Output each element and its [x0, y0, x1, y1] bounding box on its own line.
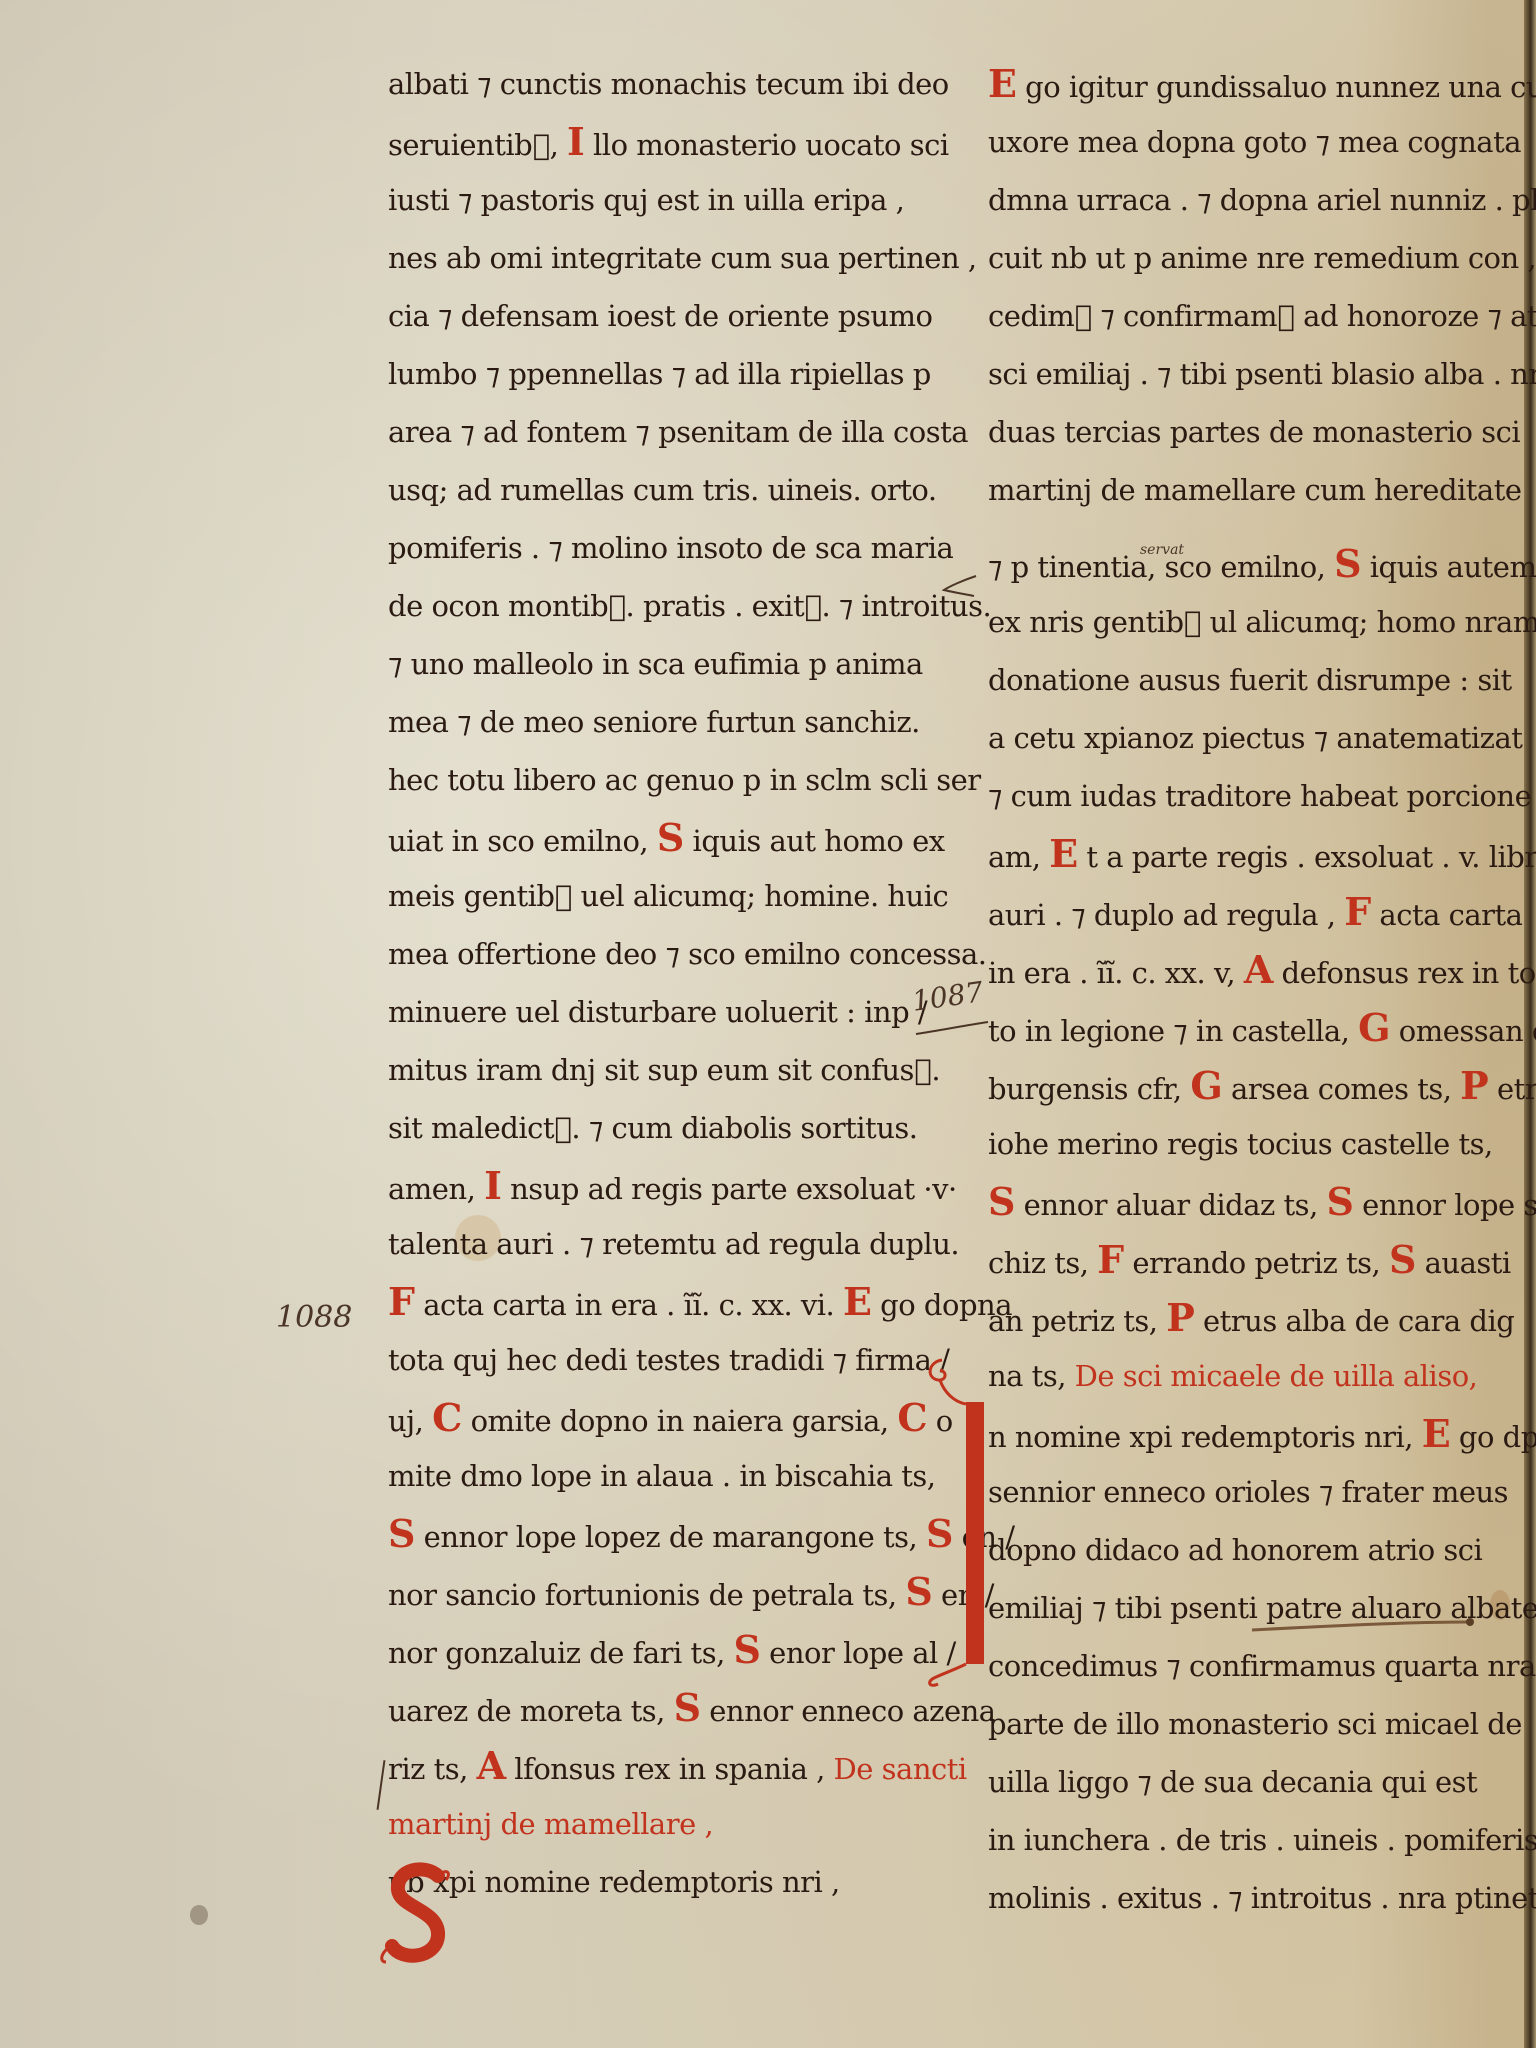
text-segment: seruientib᷒, [388, 128, 567, 162]
text-line: cuit nb ut p anime nre remedium con , [988, 238, 1536, 278]
underline-stroke [1248, 1618, 1478, 1634]
text-segment: dmna urraca . ⁊ dopna ariel nunniz . pla… [988, 183, 1536, 217]
text-segment: chiz ts, [988, 1246, 1097, 1280]
text-segment: uiat in sco emilno, [388, 824, 657, 858]
text-segment: ⁊ cum iudas traditore habeat porcione [988, 779, 1531, 813]
text-segment: iohe merino regis tocius castelle ts, [988, 1127, 1493, 1161]
text-segment: burgensis cfr, [988, 1072, 1190, 1106]
text-line: talenta auri . ⁊ retemtu ad regula duplu… [388, 1224, 959, 1264]
text-segment: pomiferis . ⁊ molino insoto de sca maria [388, 531, 953, 565]
rubric-heading: De sancti [834, 1752, 967, 1786]
text-segment: cuit nb ut p anime nre remedium con , [988, 241, 1536, 275]
text-segment: albati ⁊ cunctis monachis tecum ibi deo [388, 67, 949, 101]
text-line: ex nris gentib᷒ ul alicumq; homo nram [988, 602, 1536, 642]
text-segment: acta carta [1371, 898, 1523, 932]
text-line: dmna urraca . ⁊ dopna ariel nunniz . pla… [988, 180, 1536, 220]
text-line: mea offertione deo ⁊ sco emilno concessa… [388, 934, 987, 974]
text-line: S ennor aluar didaz ts, S ennor lope san [988, 1182, 1536, 1222]
text-segment: riz ts, [388, 1752, 477, 1786]
text-segment: talenta auri . ⁊ retemtu ad regula duplu… [388, 1227, 959, 1261]
text-line: chiz ts, F errando petriz ts, S auasti [988, 1240, 1511, 1280]
text-line: meis gentib᷒ uel alicumq; homine. huic [388, 876, 948, 916]
text-segment: etro [1488, 1072, 1536, 1106]
text-segment: nsup ad regis parte exsoluat ·v· [501, 1172, 956, 1206]
text-segment: uarez de moreta ts, [388, 1694, 674, 1728]
text-line: parte de illo monasterio sci micael de [988, 1704, 1522, 1744]
rubricated-initial: I [484, 1163, 501, 1208]
rubricated-initial: F [388, 1279, 414, 1324]
text-line: mitus iram dnj sit sup eum sit confus᷒. [388, 1050, 940, 1090]
text-segment: mite dmo lope in alaua . in biscahia ts, [388, 1459, 936, 1493]
text-segment: to in legione ⁊ in castella, [988, 1014, 1358, 1048]
text-segment: etrus alba de cara dig [1194, 1304, 1514, 1338]
text-segment: molinis . exitus . ⁊ introitus . nra pti… [988, 1881, 1536, 1915]
text-line: iohe merino regis tocius castelle ts, [988, 1124, 1493, 1164]
text-segment: cia ⁊ defensam ioest de oriente psumo [388, 299, 933, 333]
text-segment: ex nris gentib᷒ ul alicumq; homo nram [988, 605, 1536, 639]
text-segment: arsea comes ts, [1222, 1072, 1460, 1106]
margin-stroke [377, 1760, 386, 1810]
text-segment: ennor aluar didaz ts, [1015, 1188, 1327, 1222]
text-line: nes ab omi integritate cum sua pertinen … [388, 238, 977, 278]
text-line: auri . ⁊ duplo ad regula , F acta carta [988, 892, 1522, 932]
interlinear-gloss: servat [1140, 542, 1184, 558]
text-segment: iquis autem [1361, 550, 1536, 584]
text-segment: sci emiliaj . ⁊ tibi psenti blasio alba … [988, 357, 1536, 391]
rubric-heading: De sci micaele de uilla aliso, [1075, 1359, 1478, 1393]
text-segment: n nomine xpi redemptoris nri, [988, 1420, 1422, 1454]
rubricated-initial: S [1389, 1237, 1416, 1282]
rubricated-initial: P [1460, 1063, 1488, 1108]
manuscript-page: albati ⁊ cunctis monachis tecum ibi deos… [0, 0, 1536, 2048]
text-line: mea ⁊ de meo seniore furtun sanchiz. [388, 702, 920, 742]
text-segment: na ts, [988, 1359, 1075, 1393]
text-line: nor sancio fortunionis de petrala ts, S … [388, 1572, 994, 1612]
text-segment: a cetu xpianoz piectus ⁊ anatematizat [988, 721, 1522, 755]
text-line: uxore mea dopna goto ⁊ mea cognata [988, 122, 1521, 162]
text-line: sit maledict᷒. ⁊ cum diabolis sortitus. [388, 1108, 917, 1148]
rubricated-initial: E [988, 61, 1016, 106]
text-line: burgensis cfr, G arsea comes ts, P etro [988, 1066, 1536, 1106]
text-line: area ⁊ ad fontem ⁊ psenitam de illa cost… [388, 412, 968, 452]
text-line: n nomine xpi redemptoris nri, E go dpe [988, 1414, 1536, 1454]
text-segment: acta carta in era . ĩĩ. c. xx. vi. [414, 1288, 843, 1322]
text-segment: nor sancio fortunionis de petrala ts, [388, 1578, 905, 1612]
text-segment: auasti [1416, 1246, 1511, 1280]
text-line: F acta carta in era . ĩĩ. c. xx. vi. E g… [388, 1282, 1012, 1322]
text-line: uj, C omite dopno in naiera garsia, C o [388, 1398, 953, 1438]
text-segment: tota quj hec dedi testes tradidi ⁊ firma… [388, 1343, 949, 1377]
text-line: cedim᷒ ⁊ confirmam᷒ ad honoroze ⁊ ato [988, 296, 1536, 336]
text-segment: meis gentib᷒ uel alicumq; homine. huic [388, 879, 948, 913]
text-segment: uxore mea dopna goto ⁊ mea cognata [988, 125, 1521, 159]
text-segment: llo monasterio uocato sci [584, 128, 948, 162]
text-line: uarez de moreta ts, S ennor enneco azena [388, 1688, 996, 1728]
stain-spot [190, 1905, 208, 1925]
rubricated-initial: I [567, 119, 584, 164]
text-line: a cetu xpianoz piectus ⁊ anatematizat [988, 718, 1522, 758]
text-segment: ennor enneco azena [701, 1694, 996, 1728]
text-segment: minuere uel disturbare uoluerit : inp / [388, 995, 927, 1029]
rubric-heading: martinj de mamellare , [388, 1807, 713, 1841]
rubricated-initial: S [674, 1685, 701, 1730]
text-line: nor gonzaluiz de fari ts, S enor lope al… [388, 1630, 956, 1670]
text-line: concedimus ⁊ confirmamus quarta nra [988, 1646, 1536, 1686]
text-segment: mea ⁊ de meo seniore furtun sanchiz. [388, 705, 920, 739]
text-segment: concedimus ⁊ confirmamus quarta nra [988, 1649, 1536, 1683]
text-line: uiat in sco emilno, S iquis aut homo ex [388, 818, 945, 858]
text-segment: omessan epc [1390, 1014, 1536, 1048]
text-segment: lumbo ⁊ ppennellas ⁊ ad illa ripiellas p [388, 357, 931, 391]
text-segment: ennor lope san [1353, 1188, 1536, 1222]
text-segment: dopno didaco ad honorem atrio sci [988, 1533, 1482, 1567]
text-segment: auri . ⁊ duplo ad regula , [988, 898, 1344, 932]
text-line: in iunchera . de tris . uineis . pomifer… [988, 1820, 1536, 1860]
rubricated-initial: E [843, 1279, 871, 1324]
rubricated-initial: S [1327, 1179, 1354, 1224]
text-line: ⁊ p tinentia, sco emilno, S iquis autem [988, 544, 1536, 584]
text-line: de ocon montib᷒. pratis . exit᷒. ⁊ intro… [388, 586, 991, 626]
text-line: in era . ĩĩ. c. xx. v, A defonsus rex in… [988, 950, 1536, 990]
text-segment: amen, [388, 1172, 484, 1206]
text-line: ⁊ cum iudas traditore habeat porcione [988, 776, 1531, 816]
text-line: seruientib᷒, I llo monasterio uocato sci [388, 122, 949, 162]
text-line: na ts, De sci micaele de uilla aliso, [988, 1356, 1477, 1396]
text-line: pomiferis . ⁊ molino insoto de sca maria [388, 528, 953, 568]
text-segment: ⁊ uno malleolo in sca eufimia p anima [388, 647, 923, 681]
text-segment: in iunchera . de tris . uineis . pomifer… [988, 1823, 1536, 1857]
text-line: dopno didaco ad honorem atrio sci [988, 1530, 1482, 1570]
rubricated-initial: S [1334, 541, 1361, 586]
text-segment: iquis aut homo ex [684, 824, 945, 858]
rubricated-initial: A [477, 1743, 506, 1788]
text-segment: mea offertione deo ⁊ sco emilno concessa… [388, 937, 987, 971]
decorated-initial-s [376, 1858, 466, 1968]
text-segment: usq; ad rumellas cum tris. uineis. orto. [388, 473, 937, 507]
text-segment: duas tercias partes de monasterio sci [988, 415, 1520, 449]
text-segment: sennior enneco orioles ⁊ frater meus [988, 1475, 1508, 1509]
margin-underline-mark [912, 1020, 992, 1040]
text-segment: am, [988, 840, 1049, 874]
text-line: an petriz ts, P etrus alba de cara dig [988, 1298, 1514, 1338]
text-line: hec totu libero ac genuo p in sclm scli … [388, 760, 981, 800]
text-line: riz ts, A lfonsus rex in spania , De san… [388, 1746, 967, 1786]
text-line: minuere uel disturbare uoluerit : inp / [388, 992, 927, 1032]
margin-note-year: 1087 [910, 975, 985, 1018]
rubricated-initial: S [657, 815, 684, 860]
text-segment: go igitur gundissaluo nunnez una cu [1016, 70, 1536, 104]
text-line: to in legione ⁊ in castella, G omessan e… [988, 1008, 1536, 1048]
rubricated-initial: G [1358, 1005, 1390, 1050]
text-segment: omite dopno in naiera garsia, [462, 1404, 897, 1438]
text-segment: in era . ĩĩ. c. xx. v, [988, 956, 1244, 990]
decorated-initial-i [920, 1352, 990, 1688]
margin-note-year: 1088 [276, 1300, 352, 1335]
text-line: sci emiliaj . ⁊ tibi psenti blasio alba … [988, 354, 1536, 394]
text-line: tota quj hec dedi testes tradidi ⁊ firma… [388, 1340, 949, 1380]
text-line: mite dmo lope in alaua . in biscahia ts, [388, 1456, 936, 1496]
rubricated-initial: G [1190, 1063, 1222, 1108]
text-line: duas tercias partes de monasterio sci [988, 412, 1520, 452]
text-segment: uj, [388, 1404, 432, 1438]
text-segment: area ⁊ ad fontem ⁊ psenitam de illa cost… [388, 415, 968, 449]
rubricated-initial: A [1244, 947, 1273, 992]
text-segment: t a parte regis . exsoluat . v. libras [1078, 840, 1536, 874]
text-line: amen, I nsup ad regis parte exsoluat ·v· [388, 1166, 957, 1206]
text-line: molinis . exitus . ⁊ introitus . nra pti… [988, 1878, 1536, 1918]
rubricated-initial: F [1097, 1237, 1123, 1282]
rubricated-initial: S [988, 1179, 1015, 1224]
margin-bracket-mark [940, 572, 980, 602]
text-segment: sit maledict᷒. ⁊ cum diabolis sortitus. [388, 1111, 917, 1145]
text-line: albati ⁊ cunctis monachis tecum ibi deo [388, 64, 949, 104]
text-line: iusti ⁊ pastoris quj est in uilla eripa … [388, 180, 904, 220]
text-line: uilla liggo ⁊ de sua decania qui est [988, 1762, 1477, 1802]
rubricated-initial: F [1344, 889, 1370, 934]
text-line: martinj de mamellare cum hereditate [988, 470, 1522, 510]
text-segment: errando petriz ts, [1124, 1246, 1389, 1280]
text-line: sennior enneco orioles ⁊ frater meus [988, 1472, 1508, 1512]
rubricated-initial: S [734, 1627, 761, 1672]
rubricated-initial: P [1166, 1295, 1194, 1340]
rubricated-initial: E [1049, 831, 1077, 876]
rubricated-initial: S [388, 1511, 415, 1556]
text-line: martinj de mamellare , [388, 1804, 713, 1844]
text-line: am, E t a parte regis . exsoluat . v. li… [988, 834, 1536, 874]
text-segment: nes ab omi integritate cum sua pertinen … [388, 241, 977, 275]
text-segment: defonsus rex in tole [1273, 956, 1536, 990]
text-line: ⁊ uno malleolo in sca eufimia p anima [388, 644, 923, 684]
text-segment: uilla liggo ⁊ de sua decania qui est [988, 1765, 1477, 1799]
text-segment: martinj de mamellare cum hereditate [988, 473, 1522, 507]
text-segment: lfonsus rex in spania , [506, 1752, 834, 1786]
text-segment: nor gonzaluiz de fari ts, [388, 1636, 734, 1670]
text-line: usq; ad rumellas cum tris. uineis. orto. [388, 470, 937, 510]
text-segment: ennor lope lopez de marangone ts, [415, 1520, 926, 1554]
text-segment: parte de illo monasterio sci micael de [988, 1707, 1522, 1741]
text-segment: iusti ⁊ pastoris quj est in uilla eripa … [388, 183, 904, 217]
text-segment: mitus iram dnj sit sup eum sit confus᷒. [388, 1053, 940, 1087]
text-segment: an petriz ts, [988, 1304, 1166, 1338]
text-segment: donatione ausus fuerit disrumpe : sit [988, 663, 1512, 697]
text-line: donatione ausus fuerit disrumpe : sit [988, 660, 1512, 700]
text-segment: hec totu libero ac genuo p in sclm scli … [388, 763, 981, 797]
rubricated-initial: C [432, 1395, 462, 1440]
text-line: lumbo ⁊ ppennellas ⁊ ad illa ripiellas p [388, 354, 931, 394]
rubricated-initial: E [1422, 1411, 1450, 1456]
text-segment: cedim᷒ ⁊ confirmam᷒ ad honoroze ⁊ ato [988, 299, 1536, 333]
text-segment: go dpe [1450, 1420, 1536, 1454]
text-line: cia ⁊ defensam ioest de oriente psumo [388, 296, 933, 336]
text-segment: de ocon montib᷒. pratis . exit᷒. ⁊ intro… [388, 589, 991, 623]
text-line: E go igitur gundissaluo nunnez una cu [988, 64, 1536, 104]
